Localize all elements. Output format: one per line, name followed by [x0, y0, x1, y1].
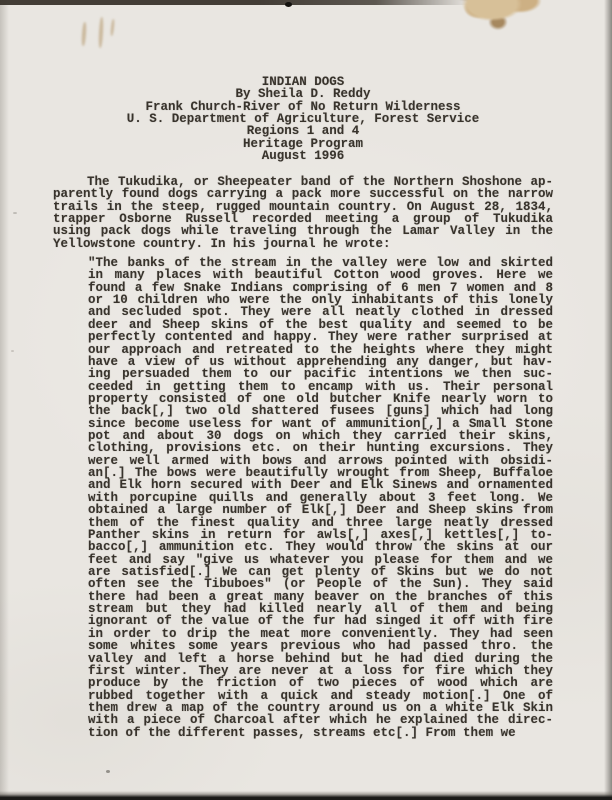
quote-text-line: and secluded spot. They were all neatly …	[88, 306, 553, 318]
quote-text-line: in many places with beautiful Cotton woo…	[88, 269, 553, 281]
paper-speck	[13, 212, 17, 214]
paper-speck	[106, 770, 110, 773]
quote-text-line: ignorant of the value of the fur had sin…	[88, 615, 553, 627]
quote-text-line: tion of the different passes, streams et…	[88, 727, 553, 739]
quote-text-line: perfectly contented and happy. They were…	[88, 331, 553, 343]
journal-quote-paragraph: "The banks of the stream in the valley w…	[88, 257, 553, 739]
paper-stain-stroke	[98, 17, 104, 48]
scanned-page: INDIAN DOGSBy Sheila D. ReddyFrank Churc…	[0, 0, 612, 800]
ink-dot	[285, 2, 292, 7]
paper-stain-stroke	[110, 19, 115, 36]
document-title-block: INDIAN DOGSBy Sheila D. ReddyFrank Churc…	[53, 76, 553, 163]
quote-text-line: ing persuaded them to our pacific intent…	[88, 368, 553, 380]
paper-stain-top-right	[448, 0, 558, 36]
quote-text-line: the back[,] two old shattered fusees [gu…	[88, 405, 553, 417]
title-line: Regions 1 and 4	[53, 125, 553, 137]
quote-text-line: obtained a large number of Elk[,] Deer a…	[88, 504, 553, 516]
intro-text-line: parently found dogs carrying a pack more…	[53, 188, 553, 200]
quote-text-line: valley and left a horse behind but he ha…	[88, 653, 553, 665]
scan-edge-bottom	[0, 791, 612, 800]
intro-paragraph: The Tukudika, or Sheepeater band of the …	[53, 176, 553, 250]
quote-text-line: some whites some years previous who had …	[88, 640, 553, 652]
title-line: By Sheila D. Reddy	[53, 88, 553, 100]
quote-text-line: produce by the friction of two pieces of…	[88, 677, 553, 689]
paper-stain-stroke	[81, 22, 87, 46]
paper-speck	[11, 350, 14, 352]
scan-edge-top	[0, 0, 470, 5]
title-line: August 1996	[53, 150, 553, 162]
scan-edge-left	[0, 0, 9, 800]
quote-text-line: bacco[,] ammunition etc. They would thro…	[88, 541, 553, 553]
quote-text-line: often see the Tibuboes" (or People of th…	[88, 578, 553, 590]
quote-text-line: and Elk horn secured with Deer and Elk S…	[88, 479, 553, 491]
intro-text-line: using pack dogs while traveling through …	[53, 225, 553, 237]
quote-text-line: with a piece of Charcoal after which he …	[88, 714, 553, 726]
quote-text-line: clothing, provisions etc. on their hunti…	[88, 442, 553, 454]
scan-edge-right	[604, 0, 612, 800]
